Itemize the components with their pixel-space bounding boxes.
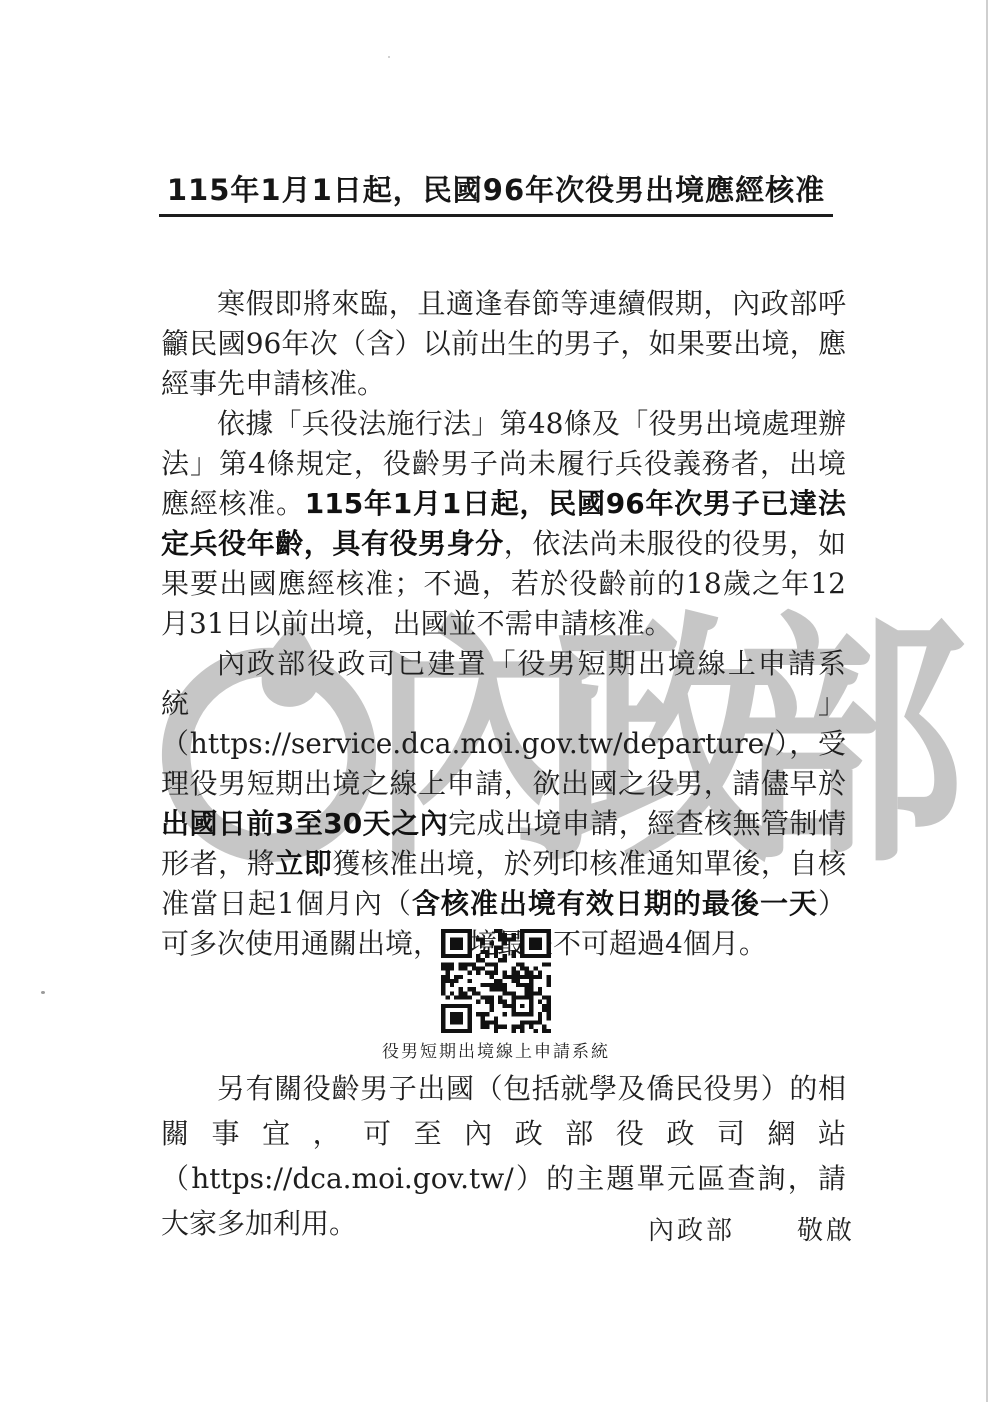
scan-speck [388, 56, 390, 58]
qr-caption: 役男短期出境線上申請系統 [0, 1037, 992, 1062]
signature-closing: 敬啟 [797, 1210, 855, 1247]
paragraph-1: 寒假即將來臨，且適逢春節等連續假期，內政部呼籲民國96年次（含）以前出生的男子，… [161, 284, 846, 404]
qr-code [441, 929, 551, 1033]
paragraph-3-text-a: 內政部役政司已建置「役男短期出境線上申請系統」（https://service.… [161, 647, 846, 800]
page-title: 115年1月1日起，民國96年次役男出境應經核准 [159, 168, 833, 217]
paragraph-2: 依據「兵役法施行法」第48條及「役男出境處理辦法」第4條規定，役齡男子尚未履行兵… [161, 404, 846, 644]
paragraph-3-bold-a: 出國日前3至30天之內 [161, 807, 448, 840]
document-body: 寒假即將來臨，且適逢春節等連續假期，內政部呼籲民國96年次（含）以前出生的男子，… [161, 284, 846, 964]
scanned-document-page: 內政部 115年1月1日起，民國96年次役男出境應經核准 寒假即將來臨，且適逢春… [0, 0, 992, 1402]
scan-edge-artifact [986, 0, 988, 1402]
signature-org: 內政部 [648, 1210, 735, 1247]
paragraph-3-bold-b: 立即 [275, 847, 332, 880]
signature: 內政部 敬啟 [648, 1210, 855, 1247]
paragraph-3-bold-c: 含核准出境有效日期的最後一天 [412, 887, 818, 920]
paragraph-3: 內政部役政司已建置「役男短期出境線上申請系統」（https://service.… [161, 644, 846, 964]
title-row: 115年1月1日起，民國96年次役男出境應經核准 [0, 168, 992, 217]
qr-section: 役男短期出境線上申請系統 [0, 929, 992, 1062]
